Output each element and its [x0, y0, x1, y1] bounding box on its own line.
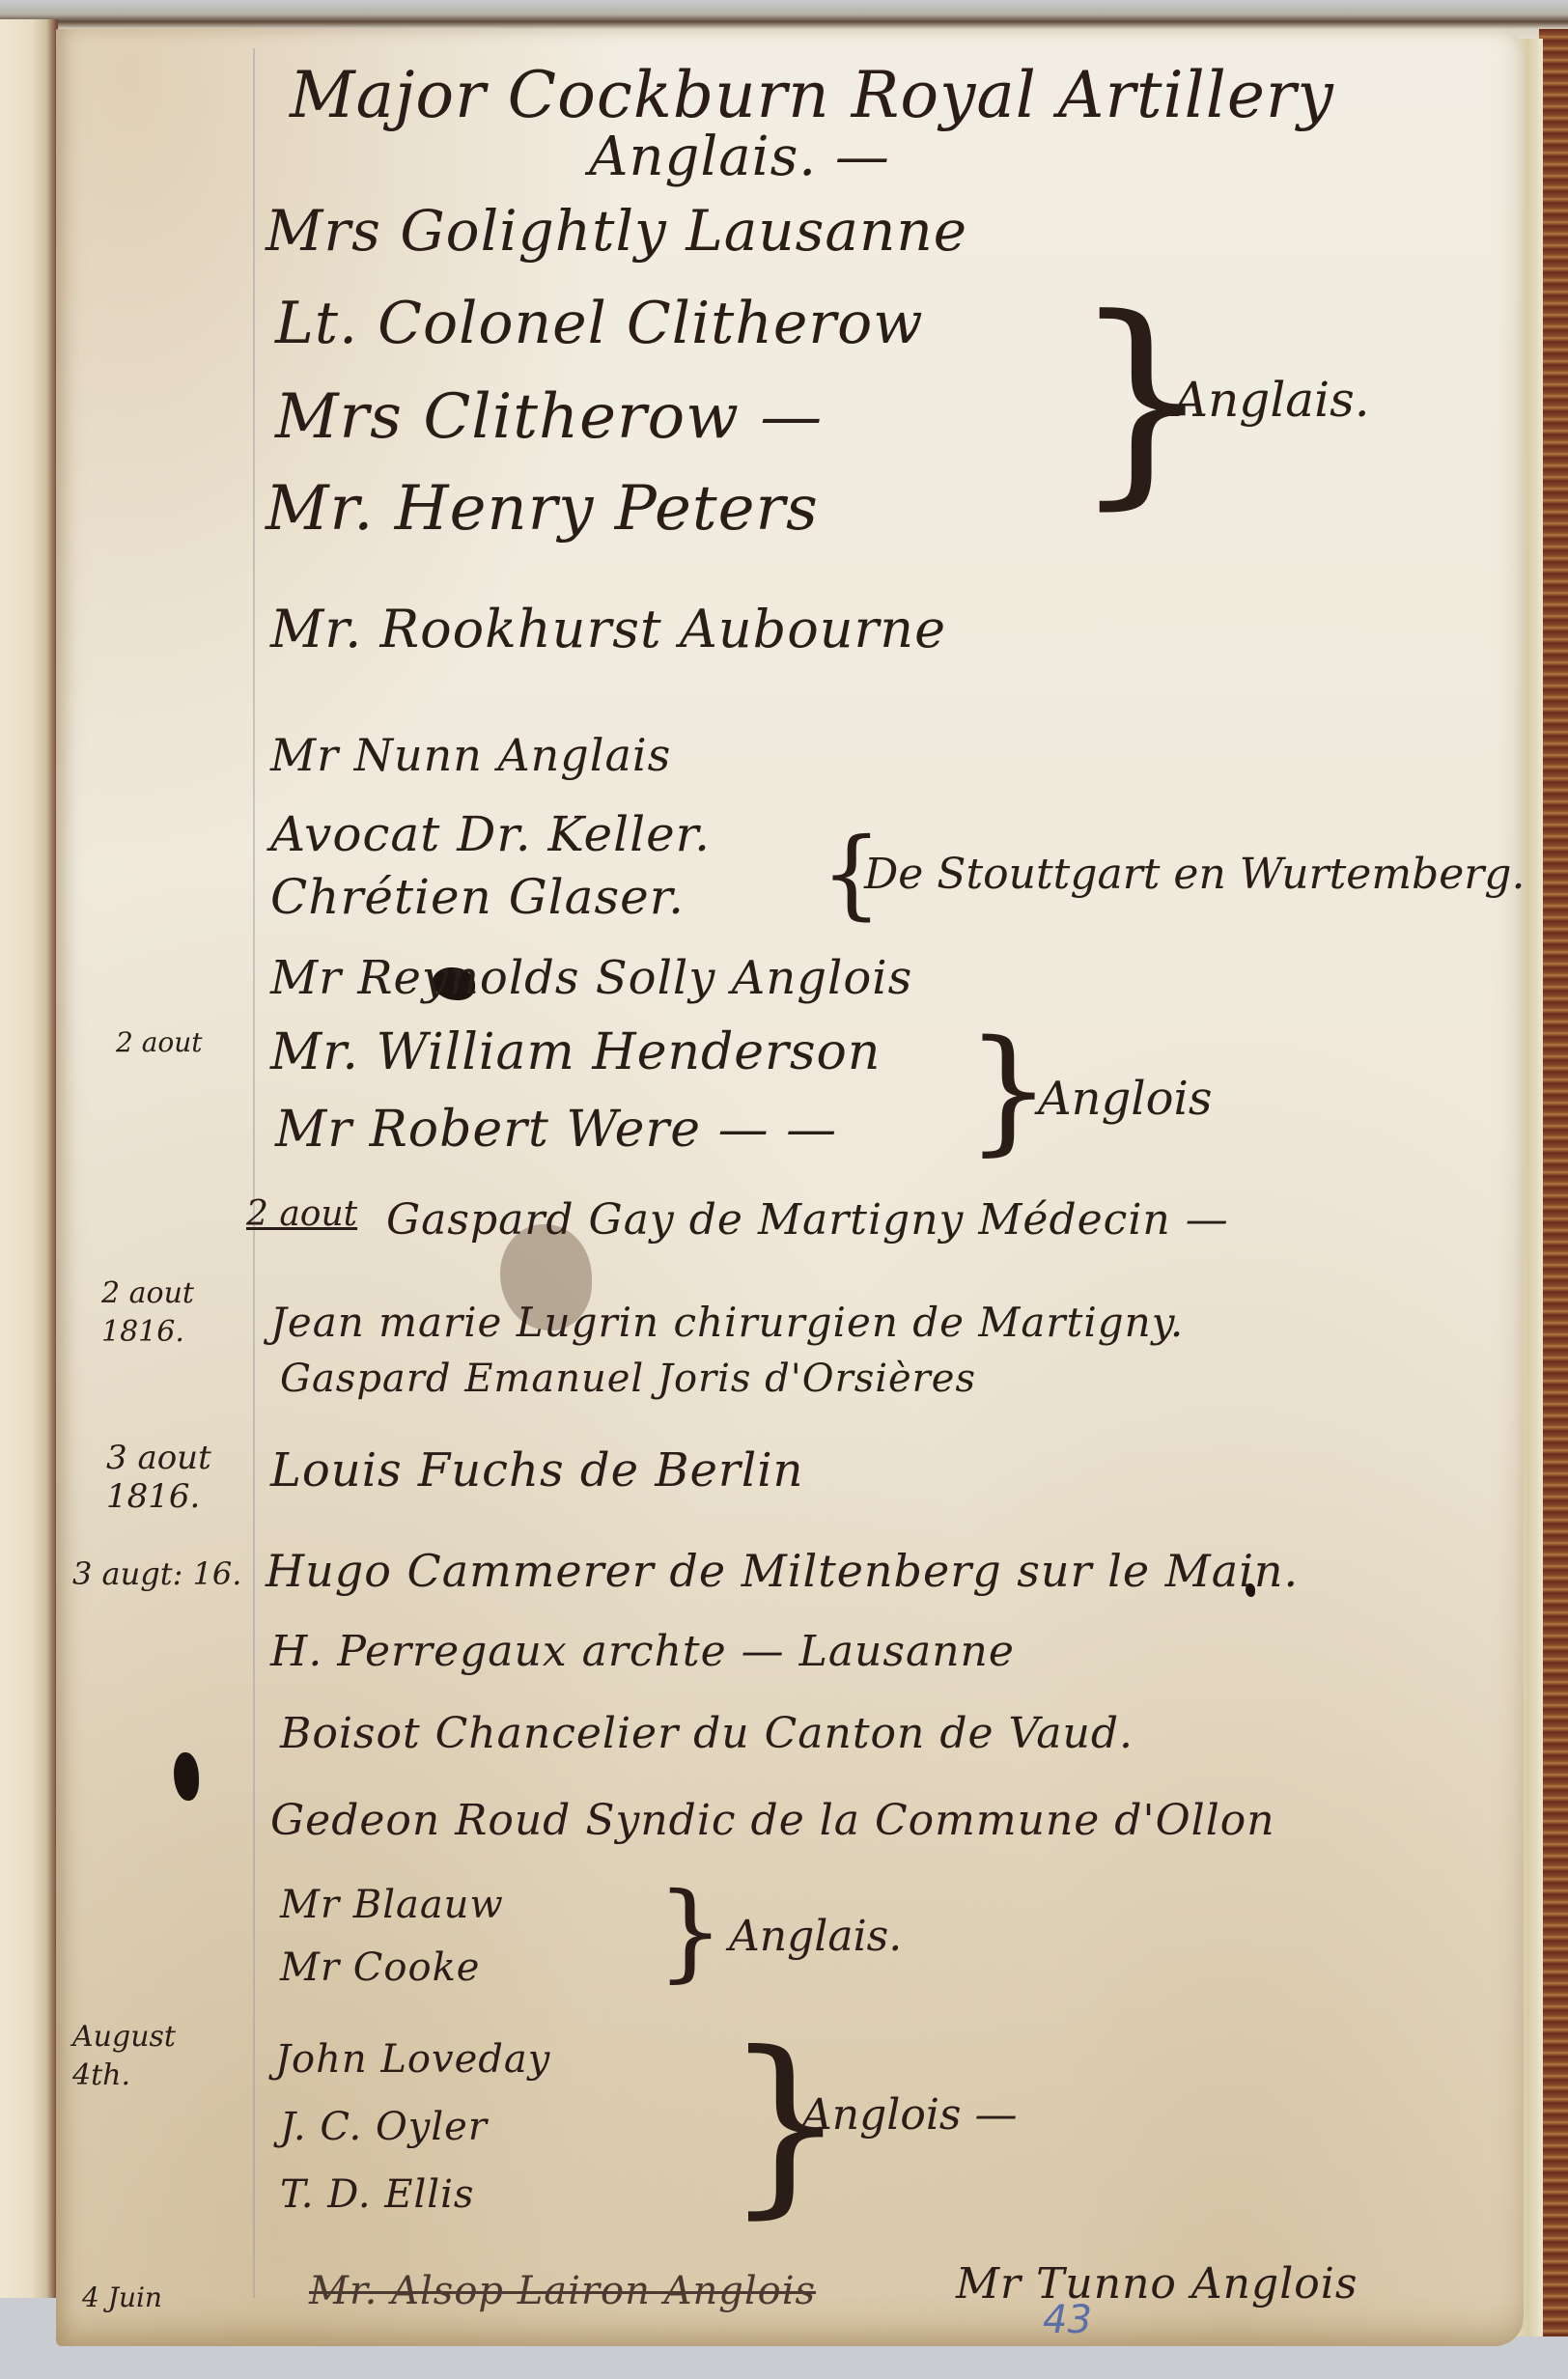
date-2-aout: 2 aout: [116, 1023, 203, 1062]
date-3-augt-16: 3 augt: 16.: [72, 1554, 241, 1593]
group-label-anglois-1: Anglois: [1038, 1072, 1213, 1126]
entry-lugrin: Jean marie Lugrin chirurgien de Martigny…: [270, 1299, 1184, 1346]
entry-alsop-struck-out: Mr. Alsop Lairon Anglois: [309, 2269, 816, 2313]
date-august-4th: August 4th.: [72, 2018, 227, 2095]
entry-solly: Mr Reynolds Solly Anglois: [270, 951, 912, 1005]
entry-fuchs: Louis Fuchs de Berlin: [270, 1443, 803, 1497]
entry-glaser: Chrétien Glaser.: [270, 869, 685, 925]
entry-cockburn: Major Cockburn Royal Artillery: [290, 58, 1334, 132]
date-2-aout-1816: 2 aout 1816.: [101, 1274, 246, 1352]
entry-keller: Avocat Dr. Keller.: [270, 806, 711, 862]
entry-gay: Gaspard Gay de Martigny Médecin —: [386, 1195, 1229, 1245]
entry-tunno: Mr Tunno Anglois: [956, 2259, 1358, 2309]
date-3-aout-1816: 3 aout 1816.: [106, 1439, 251, 1516]
book-binding-edge: [1539, 29, 1568, 2337]
entry-joris: Gaspard Emanuel Joris d'Orsières: [280, 1357, 976, 1401]
entry-henderson: Mr. William Henderson: [270, 1023, 881, 1081]
entry-mrs-clitherow: Mrs Clitherow —: [275, 381, 823, 453]
date-4-juin: 4 Juin: [82, 2279, 162, 2317]
entry-blaauw: Mr Blaauw: [280, 1883, 504, 1927]
entry-lt-colonel-clitherow: Lt. Colonel Clitherow: [275, 290, 924, 357]
entry-ellis: T. D. Ellis: [280, 2172, 474, 2217]
entry-oyler: J. C. Oyler: [280, 2105, 488, 2149]
entry-loveday: John Loveday: [275, 2037, 550, 2082]
margin-rule: [253, 48, 255, 2298]
entry-boisot: Boisot Chancelier du Canton de Vaud.: [280, 1709, 1134, 1758]
group-label-anglais-1: Anglais.: [1173, 372, 1370, 428]
entry-cammerer: Hugo Cammerer de Miltenberg sur le Main.: [266, 1545, 1299, 1597]
brace-blaauw-group: }: [657, 1878, 724, 1984]
entry-rookhurst: Mr. Rookhurst Aubourne: [270, 599, 946, 659]
entry-perregaux: H. Perregaux archte — Lausanne: [270, 1627, 1015, 1676]
entry-cooke: Mr Cooke: [280, 1945, 480, 1990]
entry-cockburn-continuation: Anglais. —: [589, 126, 890, 188]
entry-golightly: Mrs Golightly Lausanne: [266, 198, 967, 264]
folio-number: 43: [1043, 2298, 1092, 2342]
group-label-stouttgart: De Stouttgart en Wurtemberg.: [864, 850, 1525, 899]
group-label-anglais-2: Anglais.: [729, 1912, 902, 1961]
entry-henry-peters: Mr. Henry Peters: [266, 473, 819, 545]
facing-page-edge: [0, 19, 58, 2298]
date-2-aout-underlined: 2 aout: [246, 1195, 357, 1234]
entry-were: Mr Robert Were — —: [275, 1101, 837, 1159]
group-label-anglois-2: Anglois —: [801, 2090, 1017, 2140]
ink-blot: [174, 1752, 199, 1801]
entry-nunn: Mr Nunn Anglais: [270, 729, 671, 781]
entry-roud: Gedeon Roud Syndic de la Commune d'Ollon: [270, 1796, 1275, 1845]
